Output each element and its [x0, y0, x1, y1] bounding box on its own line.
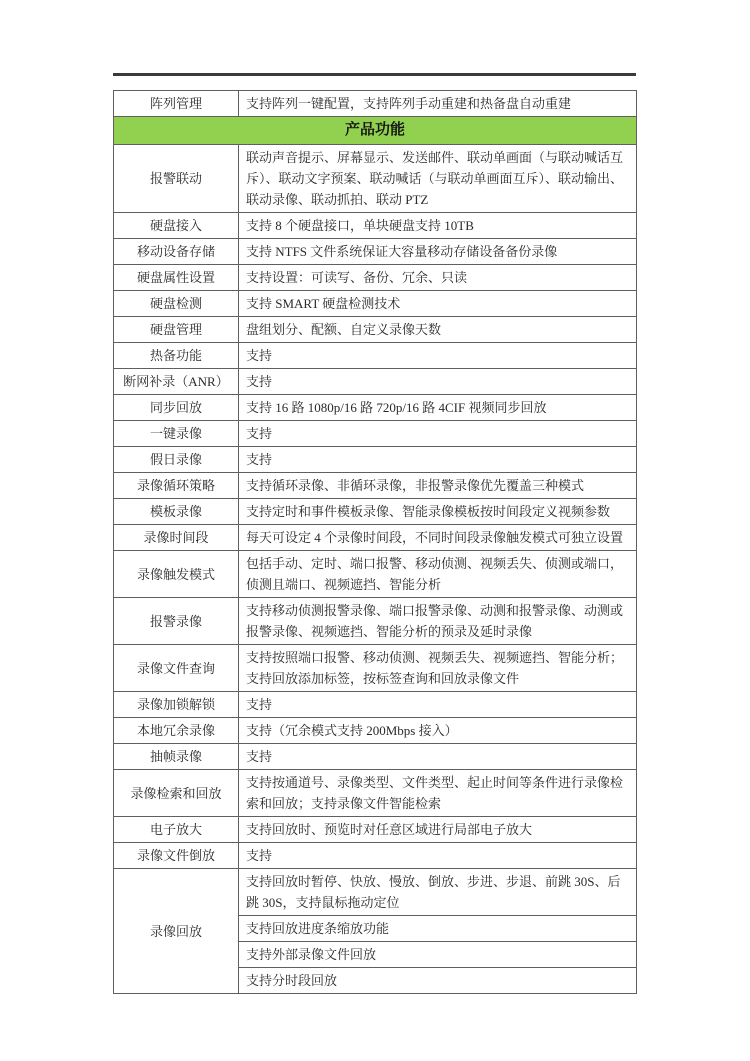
section-row: 产品功能 [114, 117, 637, 145]
feature-label: 录像检索和回放 [114, 770, 239, 817]
table-row: 电子放大支持回放时、预览时对任意区域进行局部电子放大 [114, 817, 637, 843]
section-header: 产品功能 [114, 117, 637, 145]
feature-description: 支持 [239, 744, 637, 770]
feature-label: 硬盘检测 [114, 291, 239, 317]
table-row: 抽帧录像支持 [114, 744, 637, 770]
feature-description: 支持 [239, 343, 637, 369]
feature-description: 支持回放进度条缩放功能 [239, 916, 637, 942]
table-row: 录像时间段每天可设定 4 个录像时间段，不同时间段录像触发模式可独立设置 [114, 525, 637, 551]
feature-description: 支持回放时暂停、快放、慢放、倒放、步进、步退、前跳 30S、后跳 30S，支持鼠… [239, 869, 637, 916]
feature-description: 支持 NTFS 文件系统保证大容量移动存储设备备份录像 [239, 239, 637, 265]
feature-label: 电子放大 [114, 817, 239, 843]
feature-description: 支持设置：可读写、备份、冗余、只读 [239, 265, 637, 291]
feature-description: 支持按照端口报警、移动侦测、视频丢失、视频遮挡、智能分析；支持回放添加标签，按标… [239, 645, 637, 692]
feature-description: 支持 [239, 421, 637, 447]
feature-label: 硬盘属性设置 [114, 265, 239, 291]
feature-label: 抽帧录像 [114, 744, 239, 770]
feature-label: 硬盘接入 [114, 213, 239, 239]
feature-description: 支持移动侦测报警录像、端口报警录像、动测和报警录像、动测或报警录像、视频遮挡、智… [239, 598, 637, 645]
table-row: 硬盘检测支持 SMART 硬盘检测技术 [114, 291, 637, 317]
feature-label: 同步回放 [114, 395, 239, 421]
table-row: 录像触发模式包括手动、定时、端口报警、移动侦测、视频丢失、侦测或端口，侦测且端口… [114, 551, 637, 598]
table-row: 热备功能支持 [114, 343, 637, 369]
feature-description: 联动声音提示、屏幕显示、发送邮件、联动单画面（与联动喊话互斥）、联动文字预案、联… [239, 145, 637, 213]
feature-description: 支持 SMART 硬盘检测技术 [239, 291, 637, 317]
table-row: 阵列管理支持阵列一键配置，支持阵列手动重建和热备盘自动重建 [114, 91, 637, 117]
table-row: 录像加锁解锁支持 [114, 692, 637, 718]
feature-description: 支持 16 路 1080p/16 路 720p/16 路 4CIF 视频同步回放 [239, 395, 637, 421]
feature-label: 硬盘管理 [114, 317, 239, 343]
feature-description: 盘组划分、配额、自定义录像天数 [239, 317, 637, 343]
feature-label: 热备功能 [114, 343, 239, 369]
feature-label: 报警录像 [114, 598, 239, 645]
table-row: 硬盘管理盘组划分、配额、自定义录像天数 [114, 317, 637, 343]
feature-label: 假日录像 [114, 447, 239, 473]
feature-description: 支持 [239, 369, 637, 395]
table-row: 移动设备存储支持 NTFS 文件系统保证大容量移动存储设备备份录像 [114, 239, 637, 265]
table-row: 假日录像支持 [114, 447, 637, 473]
feature-description: 支持 [239, 843, 637, 869]
table-row: 硬盘接入支持 8 个硬盘接口，单块硬盘支持 10TB [114, 213, 637, 239]
table-row: 同步回放支持 16 路 1080p/16 路 720p/16 路 4CIF 视频… [114, 395, 637, 421]
feature-label: 录像时间段 [114, 525, 239, 551]
feature-description: 支持（冗余模式支持 200Mbps 接入） [239, 718, 637, 744]
table-body: 阵列管理支持阵列一键配置，支持阵列手动重建和热备盘自动重建产品功能报警联动联动声… [114, 91, 637, 994]
feature-label: 录像加锁解锁 [114, 692, 239, 718]
feature-description: 支持 [239, 692, 637, 718]
top-rule [113, 73, 636, 76]
table-row: 录像文件倒放支持 [114, 843, 637, 869]
table-row: 录像文件查询支持按照端口报警、移动侦测、视频丢失、视频遮挡、智能分析；支持回放添… [114, 645, 637, 692]
feature-description: 支持回放时、预览时对任意区域进行局部电子放大 [239, 817, 637, 843]
table-row: 模板录像支持定时和事件模板录像、智能录像模板按时间段定义视频参数 [114, 499, 637, 525]
feature-label: 移动设备存储 [114, 239, 239, 265]
table-row: 录像循环策略支持循环录像、非循环录像，非报警录像优先覆盖三种模式 [114, 473, 637, 499]
table-row: 报警联动联动声音提示、屏幕显示、发送邮件、联动单画面（与联动喊话互斥）、联动文字… [114, 145, 637, 213]
feature-description: 每天可设定 4 个录像时间段，不同时间段录像触发模式可独立设置 [239, 525, 637, 551]
table-row: 录像检索和回放支持按通道号、录像类型、文件类型、起止时间等条件进行录像检索和回放… [114, 770, 637, 817]
feature-description: 支持外部录像文件回放 [239, 942, 637, 968]
product-feature-table: 阵列管理支持阵列一键配置，支持阵列手动重建和热备盘自动重建产品功能报警联动联动声… [113, 90, 637, 994]
feature-label: 录像文件查询 [114, 645, 239, 692]
table-row: 一键录像支持 [114, 421, 637, 447]
feature-description: 支持 8 个硬盘接口，单块硬盘支持 10TB [239, 213, 637, 239]
feature-label: 录像循环策略 [114, 473, 239, 499]
feature-label: 模板录像 [114, 499, 239, 525]
feature-label: 阵列管理 [114, 91, 239, 117]
feature-description: 支持阵列一键配置，支持阵列手动重建和热备盘自动重建 [239, 91, 637, 117]
document-page: 阵列管理支持阵列一键配置，支持阵列手动重建和热备盘自动重建产品功能报警联动联动声… [0, 0, 750, 1061]
feature-description: 支持 [239, 447, 637, 473]
table-row: 断网补录（ANR）支持 [114, 369, 637, 395]
feature-label: 断网补录（ANR） [114, 369, 239, 395]
feature-description: 支持循环录像、非循环录像，非报警录像优先覆盖三种模式 [239, 473, 637, 499]
feature-label: 本地冗余录像 [114, 718, 239, 744]
feature-description: 支持定时和事件模板录像、智能录像模板按时间段定义视频参数 [239, 499, 637, 525]
feature-description: 包括手动、定时、端口报警、移动侦测、视频丢失、侦测或端口，侦测且端口、视频遮挡、… [239, 551, 637, 598]
table-row: 本地冗余录像支持（冗余模式支持 200Mbps 接入） [114, 718, 637, 744]
feature-label: 录像文件倒放 [114, 843, 239, 869]
feature-description: 支持分时段回放 [239, 968, 637, 994]
feature-description: 支持按通道号、录像类型、文件类型、起止时间等条件进行录像检索和回放；支持录像文件… [239, 770, 637, 817]
feature-label: 一键录像 [114, 421, 239, 447]
feature-label: 报警联动 [114, 145, 239, 213]
table-row: 硬盘属性设置支持设置：可读写、备份、冗余、只读 [114, 265, 637, 291]
table-row: 录像回放支持回放时暂停、快放、慢放、倒放、步进、步退、前跳 30S、后跳 30S… [114, 869, 637, 916]
table-row: 报警录像支持移动侦测报警录像、端口报警录像、动测和报警录像、动测或报警录像、视频… [114, 598, 637, 645]
feature-label: 录像触发模式 [114, 551, 239, 598]
feature-label: 录像回放 [114, 869, 239, 994]
